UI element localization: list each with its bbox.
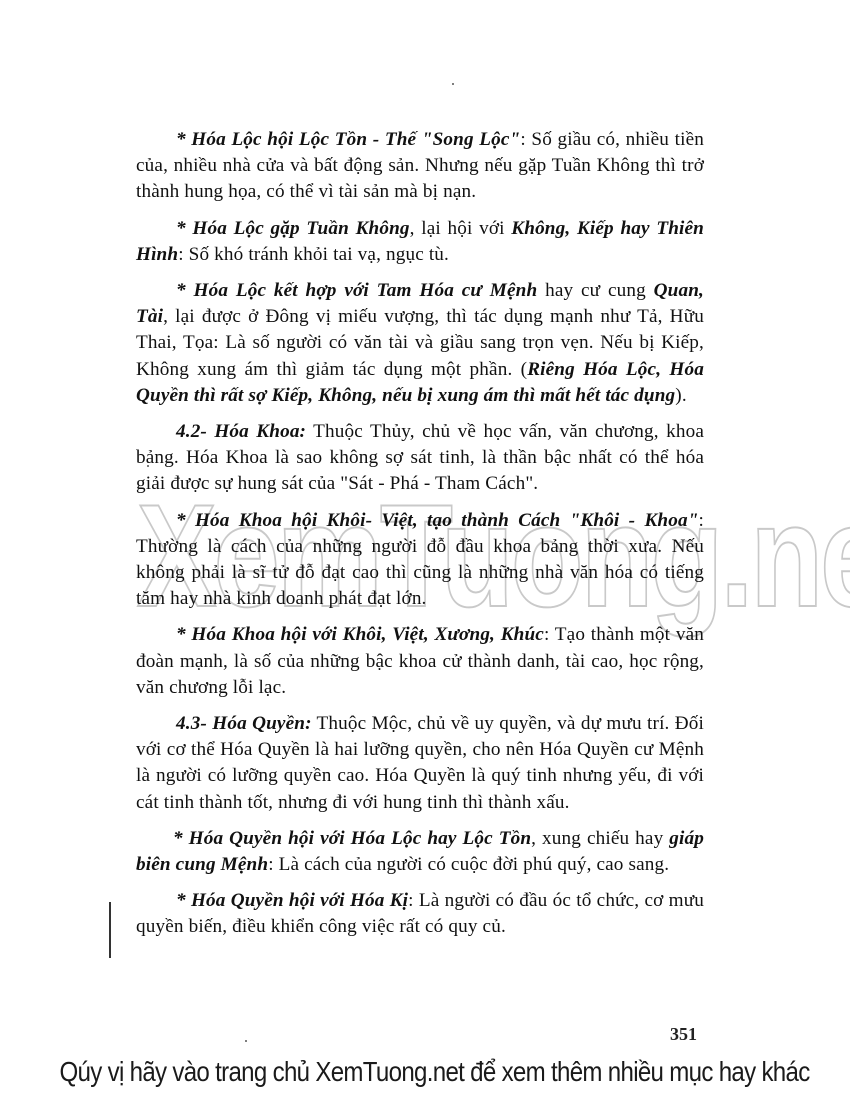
section-heading: 4.3- Hóa Quyền: <box>176 713 312 734</box>
paragraph-hoa-khoa-khoi-viet: * Hóa Khoa hội Khôi- Việt, tạo thành Các… <box>136 508 704 613</box>
paragraph-hoa-quyen-hoa-ki: * Hóa Quyền hội với Hóa Kị: Là người có … <box>136 888 704 940</box>
paragraph-connector: hay cư cung <box>537 280 653 301</box>
paragraph-lead: * Hóa Lộc kết hợp với Tam Hóa cư Mệnh <box>176 280 537 301</box>
section-hoa-quyen: 4.3- Hóa Quyền: Thuộc Mộc, chủ về uy quy… <box>136 711 704 816</box>
footer-promo-banner: Qúy vị hãy vào trang chủ XemTuong.net để… <box>60 1056 791 1088</box>
section-heading: 4.2- Hóa Khoa: <box>176 421 306 442</box>
paragraph-lead: * Hóa Khoa hội với Khôi, Việt, Xương, Kh… <box>176 624 544 645</box>
paragraph-lead: * Hóa Quyền hội với Hóa Lộc hay Lộc Tồn <box>173 828 531 849</box>
paragraph-lead: * Hóa Quyền hội với Hóa Kị <box>176 890 408 911</box>
paragraph-hoa-loc-tam-hoa: * Hóa Lộc kết hợp với Tam Hóa cư Mệnh ha… <box>136 278 704 409</box>
paragraph-tail: ). <box>675 385 687 406</box>
page-body: * Hóa Lộc hội Lộc Tồn - Thế "Song Lộc": … <box>136 127 704 951</box>
page-number: 351 <box>670 1024 697 1045</box>
paragraph-hoa-khoa-van-doan: * Hóa Khoa hội với Khôi, Việt, Xương, Kh… <box>136 622 704 701</box>
paragraph-connector: , lại hội với <box>410 218 512 239</box>
paragraph-lead: * Hóa Lộc hội Lộc Tồn - Thế "Song Lộc" <box>176 129 520 150</box>
paragraph-connector: , xung chiếu hay <box>531 828 669 849</box>
section-hoa-khoa: 4.2- Hóa Khoa: Thuộc Thủy, chủ về học vấ… <box>136 419 704 498</box>
paragraph-body: : Số khó tránh khỏi tai vạ, ngục tù. <box>178 244 449 265</box>
scan-speck <box>452 83 454 85</box>
paragraph-hoa-quyen-loc: * Hóa Quyền hội với Hóa Lộc hay Lộc Tồn,… <box>136 826 704 878</box>
paragraph-lead: * Hóa Khoa hội Khôi- Việt, tạo thành Các… <box>176 510 699 531</box>
paragraph-body: : Là cách của người có cuộc đời phú quý,… <box>268 854 669 875</box>
paragraph-lead: * Hóa Lộc gặp Tuần Không <box>176 218 410 239</box>
scan-speck <box>245 1040 247 1042</box>
margin-line-mark <box>109 902 111 958</box>
paragraph-hoa-loc-song-loc: * Hóa Lộc hội Lộc Tồn - Thế "Song Lộc": … <box>136 127 704 206</box>
paragraph-hoa-loc-tuan-khong: * Hóa Lộc gặp Tuần Không, lại hội với Kh… <box>136 216 704 268</box>
